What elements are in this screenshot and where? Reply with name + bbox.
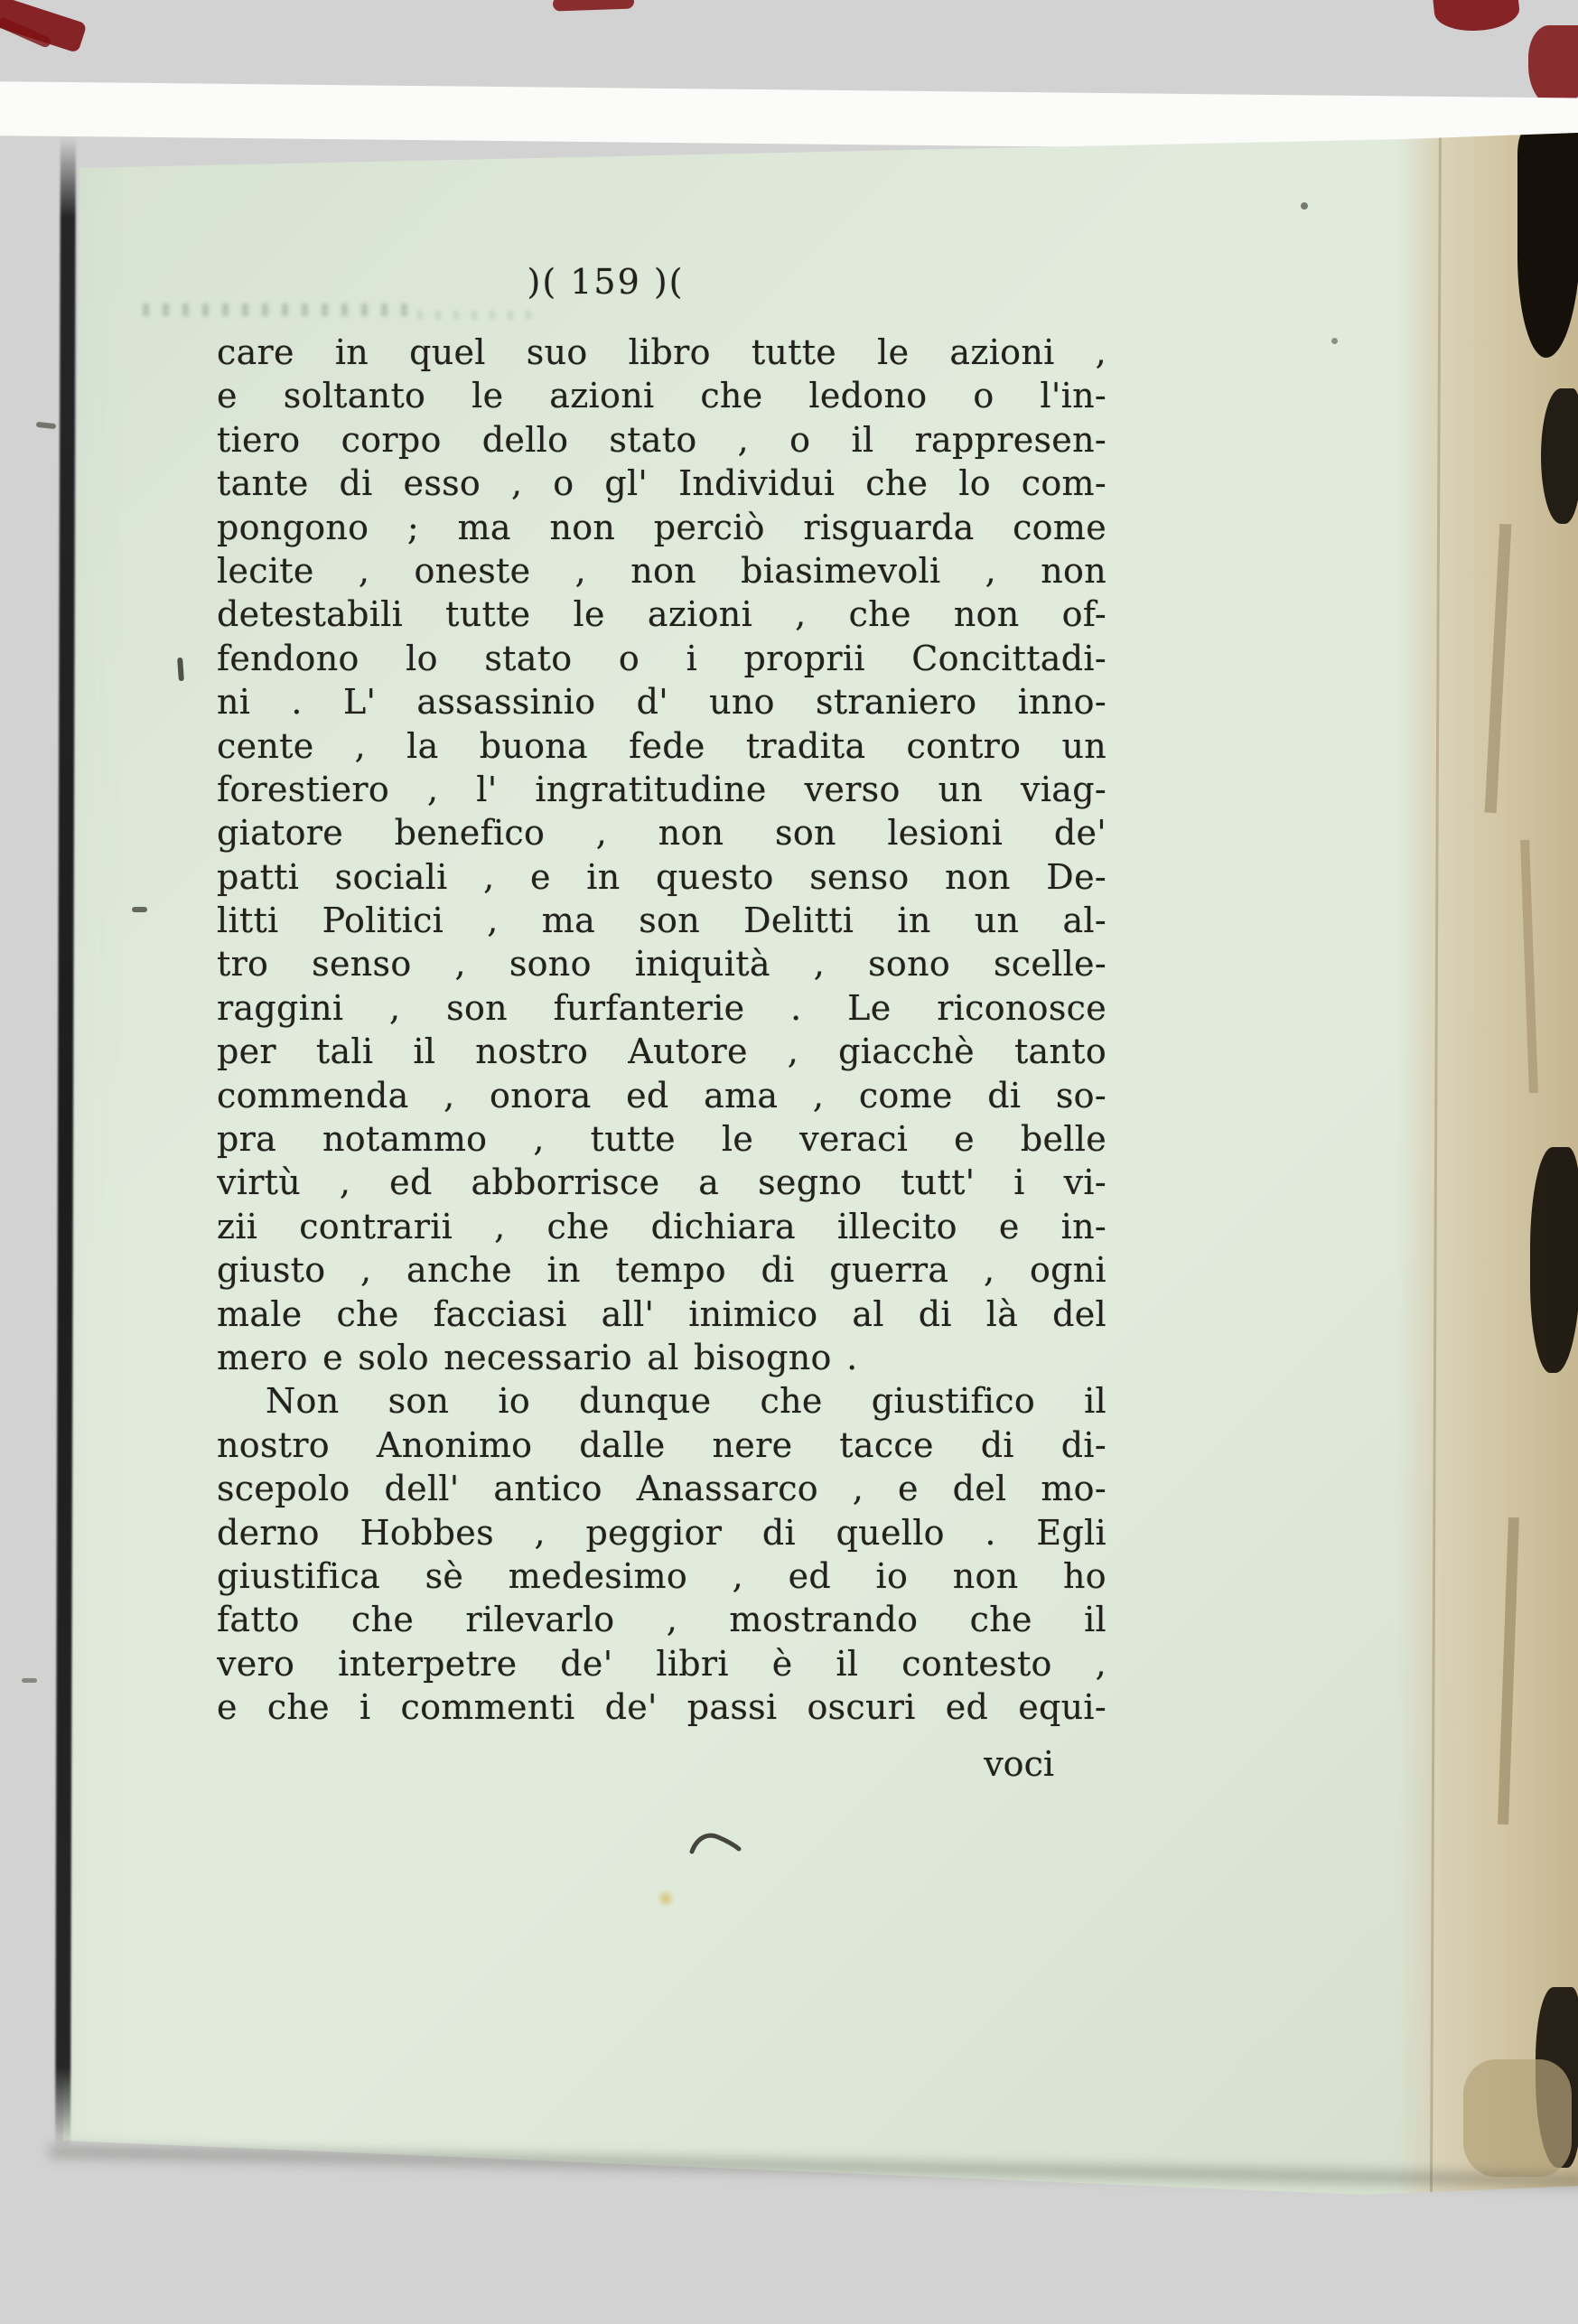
fiber-streak bbox=[1463, 2059, 1572, 2177]
margin-mark bbox=[132, 907, 147, 912]
text-line: per tali il nostro Autore , giacchè tant… bbox=[217, 1030, 1106, 1073]
text-line: pra notammo , tutte le veraci e belle bbox=[217, 1117, 1106, 1161]
text-line: litti Politici , ma son Delitti in un al… bbox=[217, 899, 1106, 942]
text-line: giustifica sè medesimo , ed io non ho bbox=[217, 1554, 1106, 1598]
text-line: forestiero , l' ingratitudine verso un v… bbox=[217, 768, 1106, 811]
margin-mark bbox=[36, 422, 57, 429]
body-text: care in quel suo libro tutte le azioni ,… bbox=[217, 331, 1106, 1786]
torn-edge-blob bbox=[1517, 132, 1578, 358]
text-line: giusto , anche in tempo di guerra , ogni bbox=[217, 1248, 1106, 1292]
page-number-header: )( 159 )( bbox=[161, 262, 1050, 302]
text-line: zii contrarii , che dichiara illecito e … bbox=[217, 1205, 1106, 1248]
text-line: care in quel suo libro tutte le azioni , bbox=[217, 331, 1106, 374]
text-line: ni . L' assassinio d' uno straniero inno… bbox=[217, 680, 1106, 723]
text-line: Non son io dunque che giustifico il bbox=[217, 1379, 1106, 1423]
margin-dot bbox=[1301, 202, 1308, 210]
pen-squiggle-mark bbox=[688, 1830, 742, 1857]
text-line: fendono lo stato o i proprii Concittadi- bbox=[217, 637, 1106, 680]
text-line: fatto che rilevarlo , mostrando che il bbox=[217, 1598, 1106, 1641]
ghost-print-smudge-2 bbox=[417, 311, 544, 320]
text-line: cente , la buona fede tradita contro un bbox=[217, 724, 1106, 768]
text-line: tiero corpo dello stato , o il rappresen… bbox=[217, 418, 1106, 462]
torn-edge-blob bbox=[1541, 388, 1578, 524]
text-line: vero interpetre de' libri è il contesto … bbox=[217, 1642, 1106, 1685]
text-line: male che facciasi all' inimico al di là … bbox=[217, 1293, 1106, 1336]
text-line: lecite , oneste , non biasimevoli , non bbox=[217, 549, 1106, 593]
text-line: patti sociali , e in questo senso non De… bbox=[217, 855, 1106, 899]
book-cover-mark-top-center bbox=[553, 0, 635, 12]
text-line: derno Hobbes , peggior di quello . Egli bbox=[217, 1511, 1106, 1554]
stain-spot bbox=[656, 1890, 676, 1908]
torn-edge-blob bbox=[1530, 1147, 1578, 1373]
text-line: tante di esso , o gl' Individui che lo c… bbox=[217, 462, 1106, 505]
text-line: e che i commenti de' passi oscuri ed equ… bbox=[217, 1685, 1106, 1729]
book-cover-mark-top-right bbox=[1433, 0, 1521, 35]
catchword: voci bbox=[217, 1742, 1106, 1786]
text-line: pongono ; ma non perciò risguarda come bbox=[217, 506, 1106, 549]
margin-dot bbox=[1331, 338, 1338, 344]
text-line: mero e solo necessario al bisogno . bbox=[217, 1336, 1106, 1379]
text-line: commenda , onora ed ama , come di so- bbox=[217, 1074, 1106, 1117]
text-line: raggini , son furfanterie . Le riconosce bbox=[217, 986, 1106, 1030]
margin-mark bbox=[22, 1678, 37, 1683]
text-line: giatore benefico , non son lesioni de' bbox=[217, 811, 1106, 854]
book-cover-mark-top-right-2 bbox=[1528, 25, 1578, 107]
text-line: scepolo dell' antico Anassarco , e del m… bbox=[217, 1467, 1106, 1510]
text-line: tro senso , sono iniquità , sono scelle- bbox=[217, 942, 1106, 985]
text-line: e soltanto le azioni che ledono o l'in- bbox=[217, 374, 1106, 417]
scanned-book-page: )( 159 )( care in quel suo libro tutte l… bbox=[0, 0, 1578, 2324]
text-line: virtù , ed abborrisce a segno tutt' i vi… bbox=[217, 1161, 1106, 1204]
text-line: nostro Anonimo dalle nere tacce di di- bbox=[217, 1423, 1106, 1467]
ghost-print-smudge bbox=[143, 303, 414, 316]
text-line: detestabili tutte le azioni , che non of… bbox=[217, 593, 1106, 636]
